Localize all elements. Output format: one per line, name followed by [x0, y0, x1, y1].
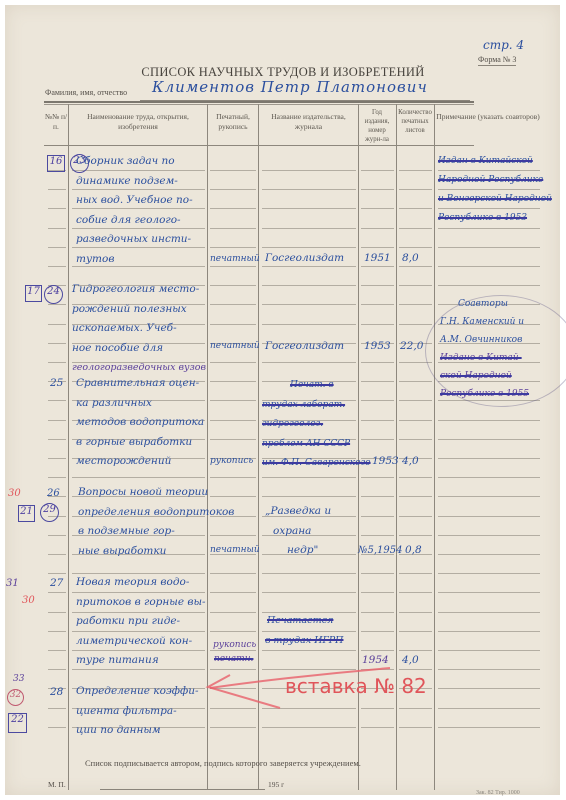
row-number: 24	[44, 285, 63, 304]
year: 1951	[364, 249, 391, 269]
publication-type: печатный	[210, 250, 260, 270]
print-info: Зак. 82 Тир. 1000	[476, 790, 520, 796]
publisher: Печат. в трудах лаборат. гидрогеолог. пр…	[262, 376, 371, 474]
sheets: 8,0	[402, 249, 419, 269]
table-top-border	[44, 101, 474, 103]
red-arrow-icon	[100, 660, 400, 720]
publisher: Печатается в трудах ИГРП	[265, 611, 343, 650]
margin-box-number: 22	[8, 713, 27, 733]
publication-type: рукопись	[210, 452, 253, 472]
work-title: Сравнительная оцен- ка различных методов…	[76, 374, 204, 472]
sheets: 4,0	[402, 651, 419, 671]
date-year: 195 г	[268, 780, 284, 789]
year: 1953	[364, 337, 391, 357]
header-separator	[44, 145, 474, 146]
name-label: Фамилия, имя, отчество	[45, 88, 127, 97]
column-header-sheets: Количество печатных листов	[397, 108, 433, 135]
sheets: 4,0	[402, 452, 419, 472]
margin-box-number: 17	[25, 285, 42, 302]
publication-type: печатный	[210, 541, 260, 561]
margin-box-number: 16	[47, 155, 65, 172]
note: Издан в Китайской Народной Республике и …	[438, 152, 552, 228]
seal-label: М. П.	[48, 780, 66, 789]
year: №5,1954	[358, 541, 402, 561]
note: Соавторы Г.Н. Каменский и А.М. Овчиннико…	[440, 295, 529, 403]
column-header-number: №№ п/п.	[44, 112, 68, 132]
signature-note: Список подписывается автором, подпись ко…	[85, 758, 361, 768]
row-number: 28	[50, 683, 63, 703]
author-name: Климентов Петр Платонович	[152, 78, 428, 96]
row-number: 29	[40, 503, 59, 522]
margin-circle-number: 32	[7, 689, 24, 706]
old-row-number: 26	[47, 484, 60, 504]
column-divider	[434, 104, 435, 790]
margin-number: 31	[6, 574, 19, 594]
row-number: 27	[50, 574, 63, 594]
column-header-type: Печатный, рукопись	[209, 112, 257, 132]
column-divider	[68, 104, 69, 790]
publisher: „Разведка и охрана недр"	[265, 502, 331, 561]
publication-type: печатный	[210, 337, 260, 357]
table-top-border-inner	[44, 104, 474, 105]
column-header-title: Наименование труда, открытия, изобретени…	[70, 112, 206, 132]
work-title: Новая теория водо- притоков в горные вы-…	[76, 573, 206, 671]
page-number: стр. 4	[483, 38, 524, 52]
year: 1953	[372, 452, 399, 472]
margin-box-number: 21	[18, 505, 35, 522]
margin-number: 33	[13, 670, 24, 690]
margin-sub-number: 30	[22, 591, 35, 611]
work-title: Гидрогеология место- рождений полезных и…	[72, 280, 206, 378]
publisher: Госгеолиздат	[265, 337, 344, 357]
row-number: 25	[50, 374, 63, 394]
column-header-year: Год издания, номер журн-ла	[359, 108, 395, 144]
date-line	[100, 789, 265, 790]
publisher: Госгеолиздат	[265, 249, 344, 269]
sheets: 0,8	[405, 541, 422, 561]
column-header-publisher: Название издательства, журнала	[260, 112, 357, 132]
column-header-notes: Примечание (указать соавторов)	[436, 112, 540, 122]
sheets: 22,0	[400, 337, 423, 357]
margin-number: 30	[8, 484, 21, 504]
work-title: Сборник задач по динамике подзем- ных во…	[76, 152, 193, 269]
